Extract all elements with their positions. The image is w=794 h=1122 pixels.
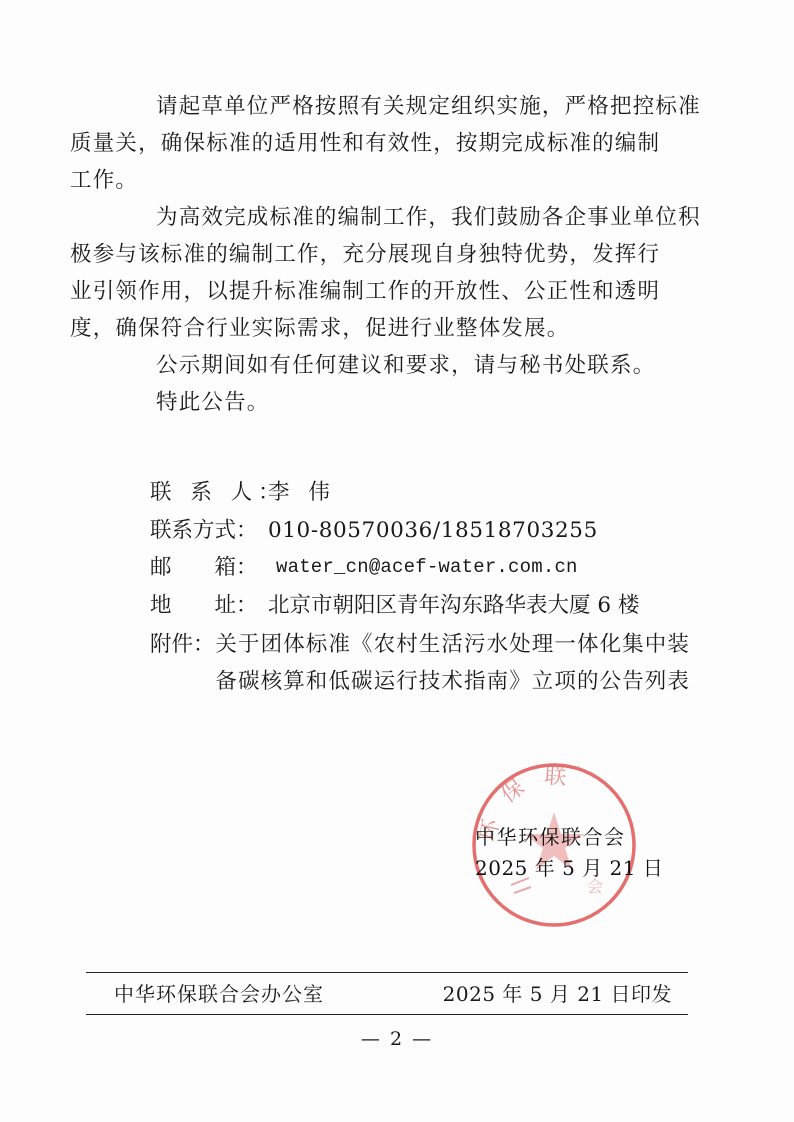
document-page: 请起草单位严格按照有关规定组织实施，严格把控标准 质量关，确保标准的适用性和有效… [0,0,794,1122]
contact-person-value: 李 伟 [268,474,336,512]
contact-phone-value: 010-80570036/18518703255 [268,512,598,550]
contact-address-label: 地 址： [150,587,268,625]
attachment-line: 备碳核算和低碳运行技术指南》立项的公告列表 [215,663,690,700]
footer-issue-row: 中华环保联合会办公室 2025 年 5 月 21 日印发 [114,979,672,1009]
paragraph-encouragement: 为高效完成标准的编制工作，我们鼓励各企事业单位积 极参与该标准的编制工作，充分展… [113,199,673,347]
contact-email-row: 邮 箱： water_cn@acef-water.com.cn [150,549,690,587]
attachment-label: 附件： [150,626,215,700]
text-line: 工作。 [113,162,673,199]
footer-issuer: 中华环保联合会办公室 [114,979,324,1009]
text-line: 度，确保符合行业实际需求，促进行业整体发展。 [113,310,673,347]
text-line: 质量关，确保标准的适用性和有效性，按期完成标准的编制 [113,125,673,162]
text-line: 为高效完成标准的编制工作，我们鼓励各企事业单位积 [113,199,673,236]
contact-address-row: 地 址： 北京市朝阳区青年沟东路华表大厦 6 楼 [150,587,690,625]
page-number: — 2 — [0,1028,794,1050]
contact-address-value: 北京市朝阳区青年沟东路华表大厦 6 楼 [268,587,639,625]
paragraph-contact-note: 公示期间如有任何建议和要求，请与秘书处联系。 [113,347,673,384]
text-line: 极参与该标准的编制工作，充分展现自身独特优势，发挥行 [113,236,673,273]
signature-organization: 中华环保联合会 [475,822,663,853]
contact-email-label: 邮 箱： [150,549,268,587]
attachment-line: 关于团体标准《农村生活污水处理一体化集中装 [215,626,690,663]
contact-person-row: 联 系 人： 李 伟 [150,474,690,512]
footer-issue-date: 2025 年 5 月 21 日印发 [443,979,672,1009]
signature-date: 2025 年 5 月 21 日 [475,853,663,884]
attachment-title: 关于团体标准《农村生活污水处理一体化集中装 备碳核算和低碳运行技术指南》立项的公… [215,626,690,700]
signature-block: 中华环保联合会 2025 年 5 月 21 日 [475,822,663,884]
contact-person-label: 联 系 人： [150,474,268,512]
paragraph-requirements: 请起草单位严格按照有关规定组织实施，严格把控标准 质量关，确保标准的适用性和有效… [113,88,673,199]
text-line: 公示期间如有任何建议和要求，请与秘书处联系。 [113,347,673,384]
body-text: 请起草单位严格按照有关规定组织实施，严格把控标准 质量关，确保标准的适用性和有效… [113,88,673,421]
paragraph-closing: 特此公告。 [113,384,673,421]
contact-email-value[interactable]: water_cn@acef-water.com.cn [268,549,578,587]
footer-bottom-divider [86,1014,688,1015]
text-line: 业引领作用，以提升标准编制工作的开放性、公正性和透明 [113,273,673,310]
contact-phone-row: 联系方式： 010-80570036/18518703255 [150,512,690,550]
footer-top-divider [86,972,688,973]
text-line: 请起草单位严格按照有关规定组织实施，严格把控标准 [113,88,673,125]
contact-phone-label: 联系方式： [150,512,268,550]
text-line: 特此公告。 [113,384,673,421]
contact-block: 联 系 人： 李 伟 联系方式： 010-80570036/1851870325… [150,474,690,700]
attachment-row: 附件： 关于团体标准《农村生活污水处理一体化集中装 备碳核算和低碳运行技术指南》… [150,626,690,700]
